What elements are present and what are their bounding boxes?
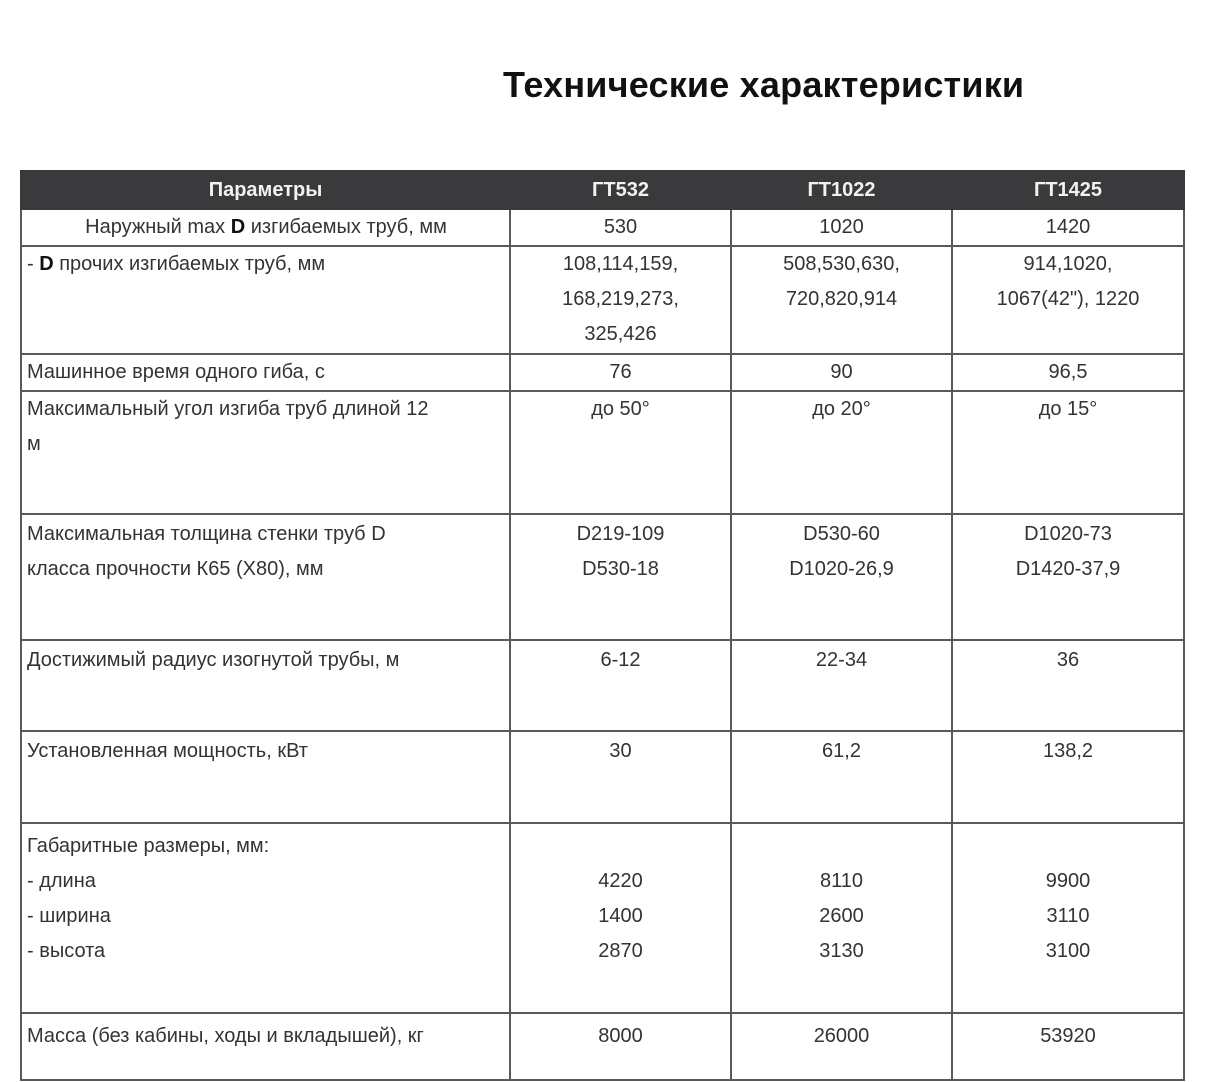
- value-line: [736, 829, 947, 864]
- value-line: 720,820,914: [736, 282, 947, 317]
- value-line: 8000: [515, 1019, 726, 1054]
- value-line: 6-12: [515, 643, 726, 678]
- value-cell: 1420: [952, 209, 1184, 246]
- param-line: Габаритные размеры, мм:: [27, 829, 505, 864]
- param-line: - высота: [27, 934, 505, 969]
- value-line: 9900: [957, 864, 1179, 899]
- value-cell: 1020: [731, 209, 952, 246]
- value-line: D1420-37,9: [957, 552, 1179, 587]
- param-line: м: [27, 427, 505, 462]
- value-cell: до 20°: [731, 391, 952, 514]
- value-cell: D219-109 D530-18: [510, 514, 731, 640]
- param-text: прочих изгибаемых труб, мм: [54, 253, 325, 275]
- page-title: Технические характеристики: [503, 64, 1024, 106]
- param-cell: Максимальный угол изгиба труб длиной 12 …: [21, 391, 510, 514]
- param-cell: Достижимый радиус изогнутой трубы, м: [21, 640, 510, 731]
- value-cell: 8110 2600 3130: [731, 823, 952, 1013]
- value-cell: 36: [952, 640, 1184, 731]
- value-cell: 22-34: [731, 640, 952, 731]
- value-line: D1020-26,9: [736, 552, 947, 587]
- table-row: - D прочих изгибаемых труб, мм 108,114,1…: [21, 246, 1184, 354]
- value-line: 96,5: [957, 355, 1179, 390]
- value-cell: 9900 3110 3100: [952, 823, 1184, 1013]
- param-line: Достижимый радиус изогнутой трубы, м: [27, 643, 505, 678]
- value-line: 914,1020,: [957, 247, 1179, 282]
- value-line: 3110: [957, 899, 1179, 934]
- table-row: Максимальная толщина стенки труб D класс…: [21, 514, 1184, 640]
- table-row: Габаритные размеры, мм: - длина - ширина…: [21, 823, 1184, 1013]
- value-line: 26000: [736, 1019, 947, 1054]
- param-cell: Масса (без кабины, ходы и вкладышей), кг: [21, 1013, 510, 1080]
- value-line: D1020-73: [957, 517, 1179, 552]
- param-cell: Габаритные размеры, мм: - длина - ширина…: [21, 823, 510, 1013]
- value-line: 2600: [736, 899, 947, 934]
- value-line: до 15°: [957, 392, 1179, 427]
- specifications-table: Параметры ГТ532 ГТ1022 ГТ1425 Наружный m…: [20, 170, 1185, 1081]
- value-line: 36: [957, 643, 1179, 678]
- param-bold: D: [231, 216, 245, 238]
- param-line: Машинное время одного гиба, с: [27, 355, 505, 390]
- param-cell: - D прочих изгибаемых труб, мм: [21, 246, 510, 354]
- header-gt532: ГТ532: [510, 171, 731, 209]
- value-cell: D1020-73 D1420-37,9: [952, 514, 1184, 640]
- param-text: изгибаемых труб, мм: [245, 216, 447, 238]
- value-line: [957, 829, 1179, 864]
- value-line: 1020: [736, 210, 947, 245]
- value-line: 4220: [515, 864, 726, 899]
- value-cell: 26000: [731, 1013, 952, 1080]
- value-cell: D530-60 D1020-26,9: [731, 514, 952, 640]
- param-bold: D: [39, 253, 53, 275]
- value-line: 1420: [957, 210, 1179, 245]
- param-line: Масса (без кабины, ходы и вкладышей), кг: [27, 1019, 505, 1054]
- value-line: 3100: [957, 934, 1179, 969]
- header-gt1425: ГТ1425: [952, 171, 1184, 209]
- value-line: D219-109: [515, 517, 726, 552]
- value-line: 138,2: [957, 734, 1179, 769]
- param-cell: Наружный max D изгибаемых труб, мм: [21, 209, 510, 246]
- value-cell: 914,1020, 1067(42"), 1220: [952, 246, 1184, 354]
- value-cell: 61,2: [731, 731, 952, 823]
- param-line: Максимальный угол изгиба труб длиной 12: [27, 392, 505, 427]
- param-cell: Машинное время одного гиба, с: [21, 354, 510, 391]
- param-text: Наружный max: [85, 216, 231, 238]
- value-line: 22-34: [736, 643, 947, 678]
- value-line: 61,2: [736, 734, 947, 769]
- table-row: Установленная мощность, кВт 30 61,2 138,…: [21, 731, 1184, 823]
- value-cell: 4220 1400 2870: [510, 823, 731, 1013]
- table-header-row: Параметры ГТ532 ГТ1022 ГТ1425: [21, 171, 1184, 209]
- value-cell: 96,5: [952, 354, 1184, 391]
- value-line: до 20°: [736, 392, 947, 427]
- value-line: 325,426: [515, 317, 726, 352]
- param-line: класса прочности К65 (Х80), мм: [27, 552, 505, 587]
- value-cell: до 15°: [952, 391, 1184, 514]
- value-line: D530-60: [736, 517, 947, 552]
- table-row: Машинное время одного гиба, с 76 90 96,5: [21, 354, 1184, 391]
- table-row: Масса (без кабины, ходы и вкладышей), кг…: [21, 1013, 1184, 1080]
- param-cell: Установленная мощность, кВт: [21, 731, 510, 823]
- value-line: 508,530,630,: [736, 247, 947, 282]
- value-cell: 53920: [952, 1013, 1184, 1080]
- param-line: Установленная мощность, кВт: [27, 734, 505, 769]
- header-gt1022: ГТ1022: [731, 171, 952, 209]
- value-line: 8110: [736, 864, 947, 899]
- value-line: 1400: [515, 899, 726, 934]
- value-cell: 138,2: [952, 731, 1184, 823]
- table-row: Достижимый радиус изогнутой трубы, м 6-1…: [21, 640, 1184, 731]
- table-row: Максимальный угол изгиба труб длиной 12 …: [21, 391, 1184, 514]
- value-cell: 108,114,159, 168,219,273, 325,426: [510, 246, 731, 354]
- value-line: 30: [515, 734, 726, 769]
- param-line: - ширина: [27, 899, 505, 934]
- param-cell: Максимальная толщина стенки труб D класс…: [21, 514, 510, 640]
- value-cell: 90: [731, 354, 952, 391]
- value-line: до 50°: [515, 392, 726, 427]
- value-line: D530-18: [515, 552, 726, 587]
- header-parameters: Параметры: [21, 171, 510, 209]
- value-cell: 76: [510, 354, 731, 391]
- value-cell: до 50°: [510, 391, 731, 514]
- value-line: 530: [515, 210, 726, 245]
- value-cell: 508,530,630, 720,820,914: [731, 246, 952, 354]
- param-line: - длина: [27, 864, 505, 899]
- value-cell: 6-12: [510, 640, 731, 731]
- value-cell: 30: [510, 731, 731, 823]
- value-line: 2870: [515, 934, 726, 969]
- value-line: 53920: [957, 1019, 1179, 1054]
- value-line: 1067(42"), 1220: [957, 282, 1179, 317]
- value-line: 76: [515, 355, 726, 390]
- param-text: -: [27, 253, 39, 275]
- value-line: [515, 829, 726, 864]
- value-line: 3130: [736, 934, 947, 969]
- value-cell: 8000: [510, 1013, 731, 1080]
- value-line: 90: [736, 355, 947, 390]
- param-line: Максимальная толщина стенки труб D: [27, 517, 505, 552]
- value-cell: 530: [510, 209, 731, 246]
- value-line: 168,219,273,: [515, 282, 726, 317]
- table-row: Наружный max D изгибаемых труб, мм 530 1…: [21, 209, 1184, 246]
- value-line: 108,114,159,: [515, 247, 726, 282]
